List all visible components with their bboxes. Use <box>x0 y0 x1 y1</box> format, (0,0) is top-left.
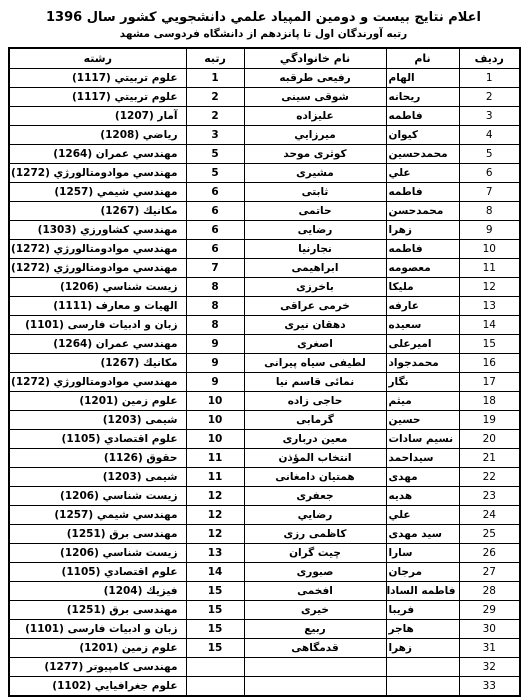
cell-last-name: نجارنيا <box>244 240 386 259</box>
cell-last-name: رضايی <box>244 221 386 240</box>
cell-field: علوم زمين (1201) <box>9 392 186 411</box>
cell-first-name: معصومه <box>386 259 459 278</box>
cell-rank: 10 <box>186 430 244 449</box>
cell-first-name: سيد مهدی <box>386 525 459 544</box>
cell-first-name: اميرعلی <box>386 335 459 354</box>
cell-last-name <box>244 677 386 697</box>
cell-last-name: خرمی عراقی <box>244 297 386 316</box>
cell-rank: 13 <box>186 544 244 563</box>
cell-rank: 8 <box>186 316 244 335</box>
cell-rank: 11 <box>186 468 244 487</box>
cell-first-name: الهام <box>386 69 459 88</box>
cell-rank: 6 <box>186 221 244 240</box>
cell-field: زبان و ادبيات فارسی (1101) <box>9 316 186 335</box>
cell-row-number: 31 <box>459 639 520 658</box>
cell-field: مهندسی برق (1251) <box>9 525 186 544</box>
cell-last-name: لطيفی سياه پيرانی <box>244 354 386 373</box>
cell-field: شيمی (1203) <box>9 468 186 487</box>
cell-row-number: 20 <box>459 430 520 449</box>
cell-rank: 15 <box>186 639 244 658</box>
cell-row-number: 9 <box>459 221 520 240</box>
table-row: 15اميرعلیاصغری9مهندسي عمران (1264) <box>9 335 520 354</box>
cell-first-name: سيداحمد <box>386 449 459 468</box>
cell-last-name: رضايي <box>244 506 386 525</box>
cell-last-name: حاجی زاده <box>244 392 386 411</box>
cell-row-number: 4 <box>459 126 520 145</box>
cell-first-name: كيوان <box>386 126 459 145</box>
cell-rank: 9 <box>186 373 244 392</box>
cell-field: علوم اقتصادي (1105) <box>9 563 186 582</box>
cell-rank <box>186 658 244 677</box>
cell-field: الهيات و معارف (1111) <box>9 297 186 316</box>
cell-row-number: 5 <box>459 145 520 164</box>
cell-field: فيزيك (1204) <box>9 582 186 601</box>
cell-first-name: هديه <box>386 487 459 506</box>
cell-first-name: مليكا <box>386 278 459 297</box>
document-title: اعلام نتايج بيست و دومين المپياد علمي دا… <box>0 0 527 25</box>
cell-first-name: سعيده <box>386 316 459 335</box>
cell-rank: 5 <box>186 145 244 164</box>
cell-field: مهندسي كشاورزي (1303) <box>9 221 186 240</box>
cell-row-number: 26 <box>459 544 520 563</box>
table-row: 9زهرارضايی6مهندسي كشاورزي (1303) <box>9 221 520 240</box>
cell-first-name: مرجان <box>386 563 459 582</box>
cell-field: مكانيك (1267) <box>9 202 186 221</box>
cell-rank: 6 <box>186 183 244 202</box>
cell-first-name: عارفه <box>386 297 459 316</box>
table-row: 14سعيدهدهقان نيری8زبان و ادبيات فارسی (1… <box>9 316 520 335</box>
cell-rank: 10 <box>186 392 244 411</box>
cell-row-number: 1 <box>459 69 520 88</box>
cell-row-number: 6 <box>459 164 520 183</box>
table-row: 23هديهجعفری12زيست شناسي (1206) <box>9 487 520 506</box>
cell-field: شيمی (1203) <box>9 411 186 430</box>
table-row: 29فريباخيری15مهندسی برق (1251) <box>9 601 520 620</box>
cell-rank: 15 <box>186 582 244 601</box>
cell-rank: 7 <box>186 259 244 278</box>
document-page: اعلام نتايج بيست و دومين المپياد علمي دا… <box>0 0 527 700</box>
cell-rank: 12 <box>186 506 244 525</box>
header-rank: رتبه <box>186 48 244 69</box>
cell-last-name: صبوری <box>244 563 386 582</box>
document-subtitle: رتبه آورندگان اول تا پانزدهم از دانشگاه … <box>0 28 527 40</box>
cell-first-name: مهدی <box>386 468 459 487</box>
cell-row-number: 33 <box>459 677 520 697</box>
cell-rank: 12 <box>186 487 244 506</box>
cell-first-name: علي <box>386 506 459 525</box>
cell-last-name: ابراهيمی <box>244 259 386 278</box>
results-table-body: 1الهامرفيعی طرقبه1علوم تربيتي (1117)2ريح… <box>9 69 520 697</box>
table-row: 3فاطمهعليزاده2آمار (1207) <box>9 107 520 126</box>
table-row: 27مرجانصبوری14علوم اقتصادي (1105) <box>9 563 520 582</box>
cell-rank: 5 <box>186 164 244 183</box>
table-row: 1الهامرفيعی طرقبه1علوم تربيتي (1117) <box>9 69 520 88</box>
cell-last-name <box>244 658 386 677</box>
cell-first-name: هاجر <box>386 620 459 639</box>
table-row: 28فاطمه الساداتافخمی15فيزيك (1204) <box>9 582 520 601</box>
cell-field: حقوق (1126) <box>9 449 186 468</box>
table-row: 19حسينگرمابی10شيمی (1203) <box>9 411 520 430</box>
cell-row-number: 24 <box>459 506 520 525</box>
cell-row-number: 3 <box>459 107 520 126</box>
table-row: 5محمدحسينكوثری موحد5مهندسي عمران (1264) <box>9 145 520 164</box>
cell-first-name: فريبا <box>386 601 459 620</box>
cell-rank <box>186 677 244 697</box>
cell-rank: 8 <box>186 297 244 316</box>
cell-first-name: نگار <box>386 373 459 392</box>
table-row: 33علوم جغرافيايي (1102) <box>9 677 520 697</box>
header-row-number: رديف <box>459 48 520 69</box>
cell-field: زبان و ادبيات فارسی (1101) <box>9 620 186 639</box>
cell-first-name: زهرا <box>386 221 459 240</box>
cell-field: مهندسي موادومتالورژي (1272) <box>9 373 186 392</box>
cell-rank: 3 <box>186 126 244 145</box>
cell-row-number: 32 <box>459 658 520 677</box>
cell-rank: 6 <box>186 202 244 221</box>
table-row: 30هاجرربيع15زبان و ادبيات فارسی (1101) <box>9 620 520 639</box>
cell-last-name: كاظمی رزی <box>244 525 386 544</box>
cell-field: مهندسي شيمي (1257) <box>9 183 186 202</box>
cell-row-number: 30 <box>459 620 520 639</box>
cell-last-name: چيت گران <box>244 544 386 563</box>
cell-row-number: 14 <box>459 316 520 335</box>
cell-rank: 10 <box>186 411 244 430</box>
cell-last-name: خيری <box>244 601 386 620</box>
cell-row-number: 13 <box>459 297 520 316</box>
table-row: 6عليمشيری5مهندسي موادومتالورژي (1272) <box>9 164 520 183</box>
table-row: 8محمدحسنحاتمی6مكانيك (1267) <box>9 202 520 221</box>
cell-last-name: عليزاده <box>244 107 386 126</box>
cell-last-name: دهقان نيری <box>244 316 386 335</box>
table-row: 2ريحانهشوقی سينی2علوم تربيتي (1117) <box>9 88 520 107</box>
cell-last-name: حاتمی <box>244 202 386 221</box>
cell-rank: 15 <box>186 601 244 620</box>
cell-last-name: كوثری موحد <box>244 145 386 164</box>
cell-rank: 15 <box>186 620 244 639</box>
cell-rank: 9 <box>186 354 244 373</box>
cell-first-name: ميثم <box>386 392 459 411</box>
cell-field: مهندسي شيمي (1257) <box>9 506 186 525</box>
table-row: 31زهراقدمگاهی15علوم زمين (1201) <box>9 639 520 658</box>
cell-field: مكانيك (1267) <box>9 354 186 373</box>
cell-last-name: نمائی قاسم نيا <box>244 373 386 392</box>
cell-last-name: انتخاب المؤذن <box>244 449 386 468</box>
results-table: رديف نام نام خانوادگي رتبه رشته 1الهامرف… <box>8 47 521 697</box>
table-row: 7فاطمهثابتی6مهندسي شيمي (1257) <box>9 183 520 202</box>
cell-field: مهندسی كامپيوتر (1277) <box>9 658 186 677</box>
cell-row-number: 11 <box>459 259 520 278</box>
cell-field: مهندسي موادومتالورژي (1272) <box>9 259 186 278</box>
cell-first-name: نسيم سادات <box>386 430 459 449</box>
cell-first-name: حسين <box>386 411 459 430</box>
cell-last-name: معين درباری <box>244 430 386 449</box>
table-row: 10فاطمهنجارنيا6مهندسي موادومتالورژي (127… <box>9 240 520 259</box>
table-header-row: رديف نام نام خانوادگي رتبه رشته <box>9 48 520 69</box>
table-row: 24عليرضايي12مهندسي شيمي (1257) <box>9 506 520 525</box>
cell-row-number: 12 <box>459 278 520 297</box>
cell-field: زيست شناسي (1206) <box>9 278 186 297</box>
cell-first-name: فاطمه <box>386 240 459 259</box>
cell-row-number: 19 <box>459 411 520 430</box>
table-row: 20نسيم ساداتمعين درباری10علوم اقتصادي (1… <box>9 430 520 449</box>
cell-field: علوم تربيتي (1117) <box>9 88 186 107</box>
table-row: 16محمدجوادلطيفی سياه پيرانی9مكانيك (1267… <box>9 354 520 373</box>
cell-rank: 9 <box>186 335 244 354</box>
cell-field: علوم جغرافيايي (1102) <box>9 677 186 697</box>
cell-row-number: 7 <box>459 183 520 202</box>
table-row: 18ميثمحاجی زاده10علوم زمين (1201) <box>9 392 520 411</box>
cell-rank: 8 <box>186 278 244 297</box>
table-row: 32مهندسی كامپيوتر (1277) <box>9 658 520 677</box>
table-row: 25سيد مهدیكاظمی رزی12مهندسی برق (1251) <box>9 525 520 544</box>
cell-last-name: ثابتی <box>244 183 386 202</box>
cell-last-name: قدمگاهی <box>244 639 386 658</box>
cell-first-name: زهرا <box>386 639 459 658</box>
cell-last-name: گرمابی <box>244 411 386 430</box>
cell-row-number: 17 <box>459 373 520 392</box>
cell-first-name: فاطمه <box>386 183 459 202</box>
cell-last-name: اصغری <box>244 335 386 354</box>
cell-row-number: 16 <box>459 354 520 373</box>
cell-row-number: 22 <box>459 468 520 487</box>
table-row: 22مهدیهمتيان دامغانی11شيمی (1203) <box>9 468 520 487</box>
table-row: 12مليكاباخرزی8زيست شناسي (1206) <box>9 278 520 297</box>
cell-first-name: فاطمه <box>386 107 459 126</box>
cell-field: علوم زمين (1201) <box>9 639 186 658</box>
header-field: رشته <box>9 48 186 69</box>
cell-field: مهندسی برق (1251) <box>9 601 186 620</box>
header-first-name: نام <box>386 48 459 69</box>
cell-first-name: محمدحسين <box>386 145 459 164</box>
cell-rank: 1 <box>186 69 244 88</box>
cell-field: زيست شناسي (1206) <box>9 487 186 506</box>
cell-field: علوم تربيتي (1117) <box>9 69 186 88</box>
cell-first-name: علي <box>386 164 459 183</box>
cell-row-number: 27 <box>459 563 520 582</box>
cell-field: مهندسي عمران (1264) <box>9 335 186 354</box>
cell-row-number: 23 <box>459 487 520 506</box>
cell-rank: 12 <box>186 525 244 544</box>
cell-last-name: باخرزی <box>244 278 386 297</box>
cell-last-name: افخمی <box>244 582 386 601</box>
cell-row-number: 2 <box>459 88 520 107</box>
cell-row-number: 25 <box>459 525 520 544</box>
cell-row-number: 18 <box>459 392 520 411</box>
cell-rank: 2 <box>186 88 244 107</box>
cell-field: رياضي (1208) <box>9 126 186 145</box>
cell-first-name: ريحانه <box>386 88 459 107</box>
cell-last-name: ميرزايي <box>244 126 386 145</box>
cell-rank: 14 <box>186 563 244 582</box>
cell-first-name: محمدحسن <box>386 202 459 221</box>
cell-last-name: همتيان دامغانی <box>244 468 386 487</box>
cell-last-name: مشيری <box>244 164 386 183</box>
cell-field: زيست شناسي (1206) <box>9 544 186 563</box>
cell-field: علوم اقتصادي (1105) <box>9 430 186 449</box>
cell-rank: 2 <box>186 107 244 126</box>
cell-row-number: 8 <box>459 202 520 221</box>
cell-field: آمار (1207) <box>9 107 186 126</box>
table-row: 4كيوانميرزايي3رياضي (1208) <box>9 126 520 145</box>
cell-first-name: محمدجواد <box>386 354 459 373</box>
table-row: 26ساراچيت گران13زيست شناسي (1206) <box>9 544 520 563</box>
cell-last-name: شوقی سينی <box>244 88 386 107</box>
cell-row-number: 29 <box>459 601 520 620</box>
table-row: 11معصومهابراهيمی7مهندسي موادومتالورژي (1… <box>9 259 520 278</box>
table-row: 17نگارنمائی قاسم نيا9مهندسي موادومتالورژ… <box>9 373 520 392</box>
cell-row-number: 28 <box>459 582 520 601</box>
cell-first-name <box>386 658 459 677</box>
cell-rank: 11 <box>186 449 244 468</box>
cell-first-name: فاطمه السادات <box>386 582 459 601</box>
cell-first-name: سارا <box>386 544 459 563</box>
cell-last-name: ربيع <box>244 620 386 639</box>
cell-rank: 6 <box>186 240 244 259</box>
cell-row-number: 15 <box>459 335 520 354</box>
table-row: 21سيداحمدانتخاب المؤذن11حقوق (1126) <box>9 449 520 468</box>
table-row: 13عارفهخرمی عراقی8الهيات و معارف (1111) <box>9 297 520 316</box>
cell-field: مهندسي موادومتالورژي (1272) <box>9 240 186 259</box>
cell-row-number: 10 <box>459 240 520 259</box>
header-last-name: نام خانوادگي <box>244 48 386 69</box>
cell-field: مهندسي عمران (1264) <box>9 145 186 164</box>
cell-last-name: رفيعی طرقبه <box>244 69 386 88</box>
cell-last-name: جعفری <box>244 487 386 506</box>
cell-field: مهندسي موادومتالورژي (1272) <box>9 164 186 183</box>
cell-row-number: 21 <box>459 449 520 468</box>
cell-first-name <box>386 677 459 697</box>
